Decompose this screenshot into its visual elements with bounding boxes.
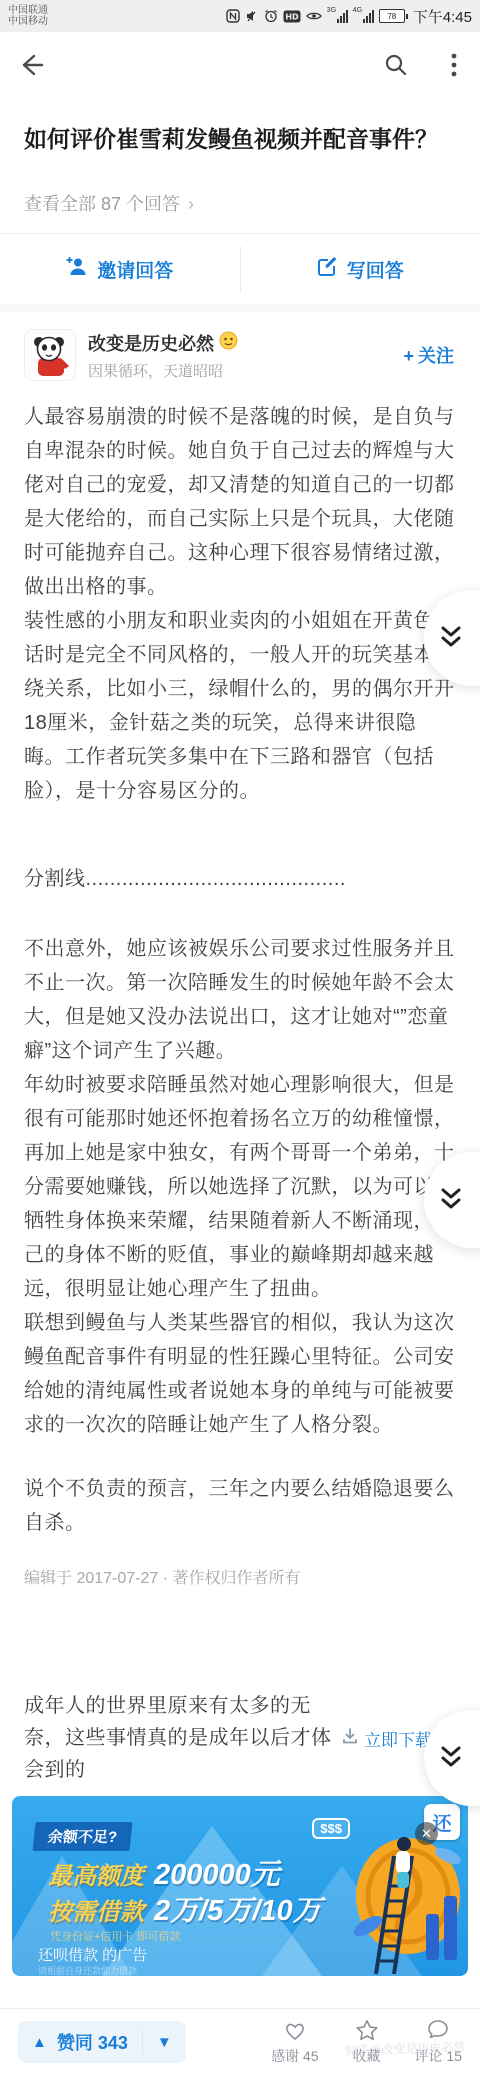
eye-protection-icon [306, 10, 322, 22]
chevron-right-icon: › [188, 194, 194, 214]
hd-icon: HD [283, 10, 301, 23]
ad-disclaimer: 请根据自身还款能力借款 [38, 1964, 137, 1976]
author-avatar[interactable] [24, 329, 76, 381]
ad-loan-line: 按需借款 2万/5万/10万 [48, 1888, 322, 1929]
nfc-icon [226, 9, 240, 23]
invite-answer-button[interactable]: 邀请回答 [0, 234, 240, 304]
ad-download-button[interactable]: 立即下载 [342, 1726, 432, 1751]
ad-condition-text: 凭身份证+信用卡 即可借款 [50, 1928, 180, 1944]
question-action-row: 邀请回答 写回答 [0, 233, 480, 305]
mute-icon [245, 9, 259, 23]
plus-icon: + [403, 346, 414, 366]
carrier-labels: 中国联通 中国移动 [8, 5, 48, 27]
thanks-button[interactable]: 感谢 45 [271, 2019, 318, 2066]
ad-section: 成年人的世界里原来有太多的无奈，这些事情真的是成年以后才体会到的 立即下载 [0, 1690, 480, 1976]
answer-paragraph: 人最容易崩溃的时候不是落魄的时候，是自负与自卑混杂的时候。她自负于自己过去的辉煌… [24, 400, 456, 604]
author-bio: 因果循环，天道昭昭 [88, 360, 401, 381]
double-chevron-down-icon [436, 1743, 466, 1773]
battery-percent: 78 [379, 9, 405, 23]
svg-text:HD: HD [285, 12, 299, 21]
invite-person-plus-icon [66, 256, 88, 282]
ad-banner[interactable]: $$$ 余额不足? 最高额度 200000元 按需借款 2万/5万/10万 凭身… [12, 1796, 468, 1976]
answer-body: 人最容易崩溃的时候不是落魄的时候，是自负与自卑混杂的时候。她自负于自己过去的辉煌… [24, 400, 456, 1596]
ad-ribbon: 余额不足? [32, 1822, 132, 1851]
download-icon [342, 1728, 358, 1749]
back-arrow-icon[interactable] [18, 52, 44, 83]
more-options-icon[interactable] [450, 52, 458, 83]
signal-3g-icon: 3G [327, 10, 348, 23]
section-divider [0, 304, 480, 312]
alarm-icon [264, 9, 278, 23]
answer-paragraph: 联想到鳗鱼与人类某些器官的相似，我认为这次鳗鱼配音事件有明显的性狂躁心里特征。公… [24, 1306, 456, 1442]
carrier-1: 中国联通 [8, 5, 48, 16]
ad-amount-line: 最高额度 200000元 [48, 1852, 280, 1893]
downvote-icon[interactable]: ▼ [157, 2034, 172, 2051]
write-answer-button[interactable]: 写回答 [241, 234, 480, 304]
answer-paragraph: 年幼时被要求陪睡虽然对她心理影响很大，但是很有可能那时她还怀抱着扬名立万的幼稚憧… [24, 1068, 456, 1306]
ad-source-label: 还呗借款 的广告 [38, 1944, 147, 1965]
double-chevron-down-icon [436, 1185, 466, 1215]
dollar-bubble: $$$ [312, 1818, 350, 1839]
vote-pill: ▲ 赞同 343 ▼ [18, 2021, 186, 2063]
upvote-icon[interactable]: ▲ [32, 2034, 47, 2051]
vote-divider [142, 2030, 143, 2054]
emoji-icon [219, 331, 238, 355]
comment-bubble-icon [426, 2019, 450, 2044]
view-all-answers-link[interactable]: 查看全部 87 个回答› [24, 190, 194, 216]
author-row: 改变是历史必然 因果循环，天道昭昭 +关注 [24, 326, 456, 384]
ad-close-button[interactable]: ✕ [415, 1822, 438, 1845]
ad-headline[interactable]: 成年人的世界里原来有太多的无奈，这些事情真的是成年以后才体会到的 [24, 1690, 334, 1786]
answer-paragraph: 说个不负责的预言，三年之内要么结婚隐退要么自杀。 [24, 1472, 456, 1540]
write-pencil-icon [317, 256, 338, 283]
heart-icon [283, 2019, 307, 2044]
search-icon[interactable] [383, 52, 408, 82]
clock-time: 下午4:45 [413, 6, 472, 27]
follow-button[interactable]: +关注 [401, 336, 456, 374]
app-screen: 中国联通 中国移动 HD 3G 4G [0, 0, 480, 2075]
star-icon [355, 2019, 379, 2044]
signal-4g-icon: 4G [353, 10, 374, 23]
nav-bar [0, 32, 480, 104]
answer-paragraph: 不出意外，她应该被娱乐公司要求过性服务并且不止一次。第一次陪睡发生的时候她年龄不… [24, 932, 456, 1068]
answer-edit-meta: 编辑于 2017-07-27 · 著作权归作者所有 [24, 1562, 456, 1596]
comment-button[interactable]: 评论 15 [415, 2019, 462, 2066]
author-name[interactable]: 改变是历史必然 [88, 330, 401, 356]
upvote-count[interactable]: 赞同 343 [57, 2029, 128, 2055]
status-bar: 中国联通 中国移动 HD 3G 4G [0, 0, 480, 32]
double-chevron-down-icon [436, 623, 466, 653]
answer-divider-line: 分割线.....................................… [24, 862, 456, 896]
bottom-action-bar: ▲ 赞同 343 ▼ 感谢 45 收藏 评论 15 [0, 2008, 480, 2075]
carrier-2: 中国移动 [8, 16, 48, 27]
question-title: 如何评价崔雪莉发鳗鱼视频并配音事件？ [24, 122, 456, 156]
battery-icon: 78 [379, 9, 408, 23]
answer-paragraph: 装性感的小朋友和职业卖肉的小姐姐在开黄色笑话时是完全不同风格的，一般人开的玩笑基… [24, 604, 456, 808]
favorite-button[interactable]: 收藏 [353, 2019, 381, 2066]
